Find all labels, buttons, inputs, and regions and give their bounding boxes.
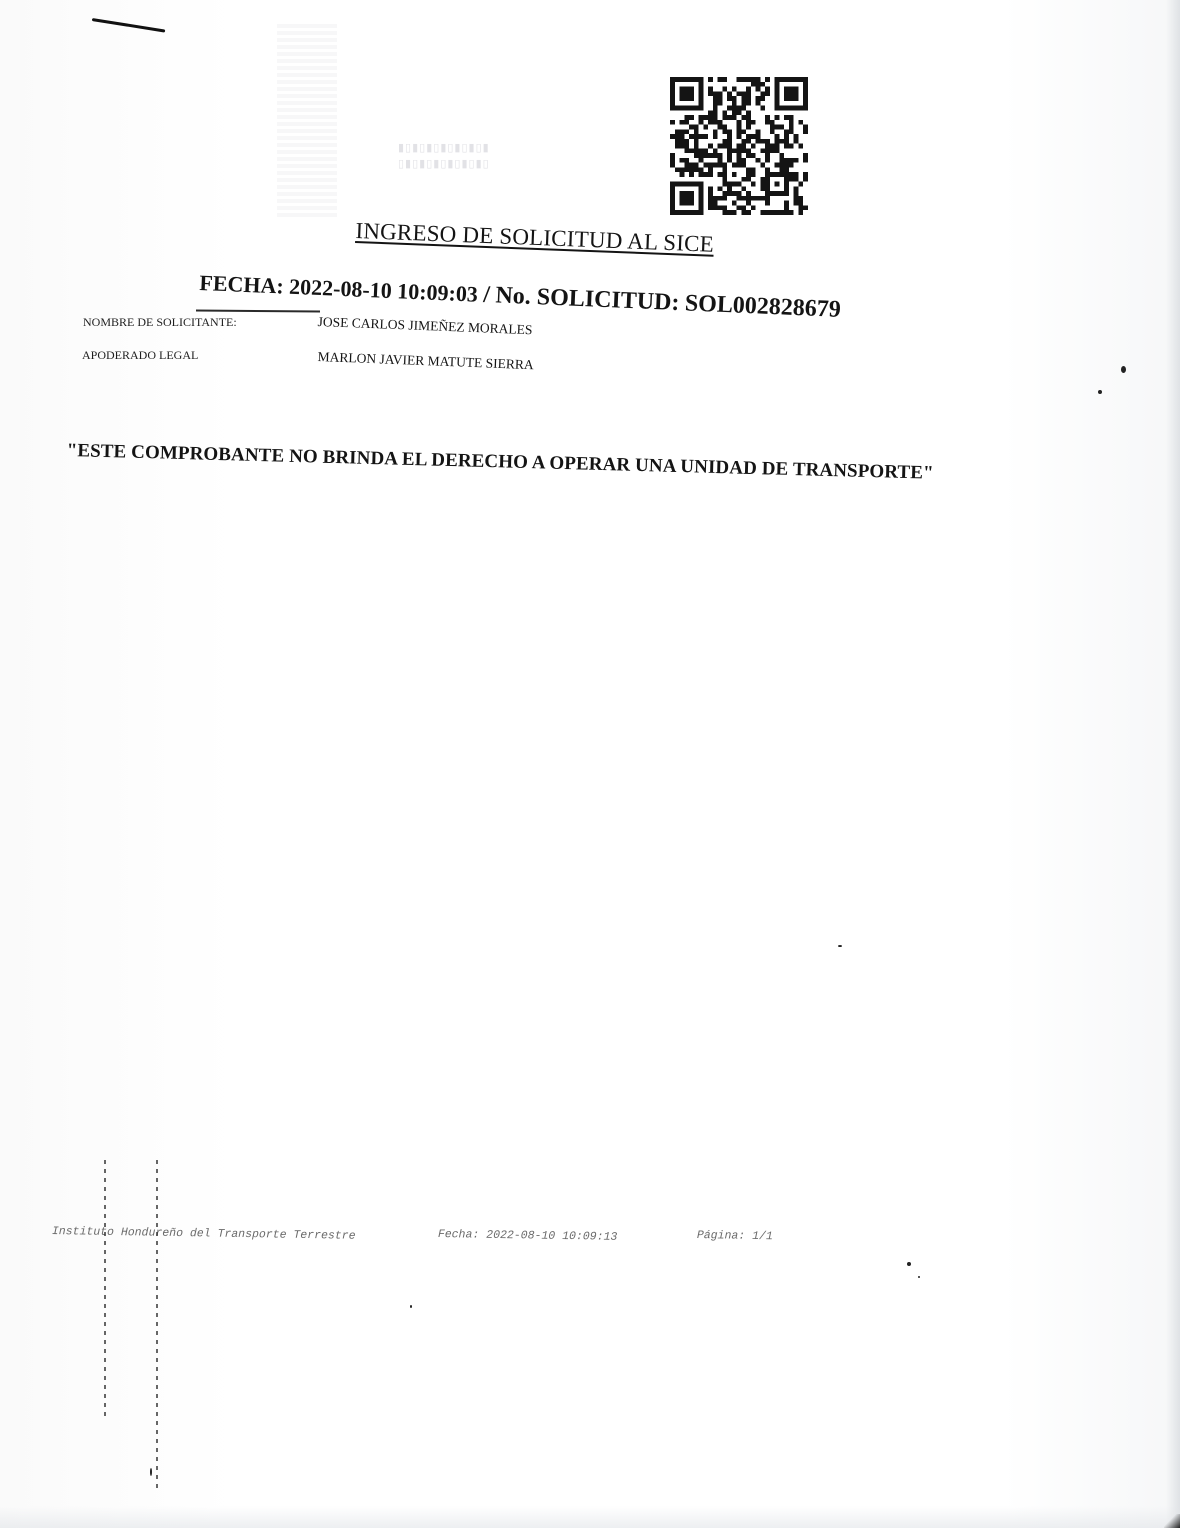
page-corner bbox=[1164, 1514, 1180, 1528]
footer-institution: Instituto Hondureño del Transporte Terre… bbox=[52, 1225, 356, 1243]
speck bbox=[838, 945, 842, 947]
bleed-through-text: ▮▯▮▯▮▯▮▯▮▯▮▯▮▯▮▯▮▯▮▯▮▯▮▯▮▯ bbox=[398, 140, 558, 172]
fecha-label: FECHA: bbox=[199, 270, 284, 299]
solicitud-label: No. SOLICITUD: bbox=[495, 282, 680, 316]
request-header-line: FECHA: 2022-08-10 10:09:03 / No. SOLICIT… bbox=[199, 270, 841, 324]
punch-mark-left bbox=[104, 1160, 106, 1420]
speck bbox=[907, 1262, 911, 1266]
speck bbox=[918, 1276, 920, 1278]
bleed-through-logo bbox=[277, 22, 337, 217]
scanned-document-page: ▮▯▮▯▮▯▮▯▮▯▮▯▮▯▮▯▮▯▮▯▮▯▮▯▮▯ INGRESO DE SO… bbox=[0, 0, 1180, 1528]
document-title: INGRESO DE SOLICITUD AL SICE bbox=[355, 218, 714, 258]
footer-page-value: 1/1 bbox=[752, 1230, 773, 1243]
speck bbox=[410, 1305, 412, 1308]
footer-page: Página: 1/1 bbox=[697, 1229, 773, 1243]
legal-representative-value: MARLON JAVIER MATUTE SIERRA bbox=[317, 349, 534, 373]
page-bottom-shadow bbox=[0, 1506, 1180, 1528]
pen-mark bbox=[92, 18, 166, 33]
separator: / bbox=[483, 282, 491, 308]
speck bbox=[150, 1468, 152, 1476]
disclaimer-text: "ESTE COMPROBANTE NO BRINDA EL DERECHO A… bbox=[66, 440, 933, 485]
fecha-value: 2022-08-10 10:09:03 bbox=[289, 274, 479, 307]
solicitud-number: SOL002828679 bbox=[684, 290, 841, 323]
footer-page-label: Página: bbox=[697, 1229, 746, 1243]
page-edge-shadow bbox=[1166, 0, 1180, 1528]
speck bbox=[1121, 366, 1126, 373]
footer-date-value: 2022-08-10 10:09:13 bbox=[486, 1229, 617, 1244]
applicant-name-label: NOMBRE DE SOLICITANTE: bbox=[83, 315, 237, 330]
legal-representative-label: APODERADO LEGAL bbox=[82, 348, 198, 363]
qr-code-icon bbox=[667, 77, 811, 215]
divider-line bbox=[196, 309, 320, 312]
footer-date-label: Fecha: bbox=[438, 1228, 480, 1242]
speck bbox=[1098, 390, 1102, 394]
punch-mark-right bbox=[156, 1160, 158, 1490]
footer-date: Fecha: 2022-08-10 10:09:13 bbox=[438, 1228, 618, 1244]
applicant-name-value: JOSE CARLOS JIMEÑEZ MORALES bbox=[317, 314, 532, 338]
